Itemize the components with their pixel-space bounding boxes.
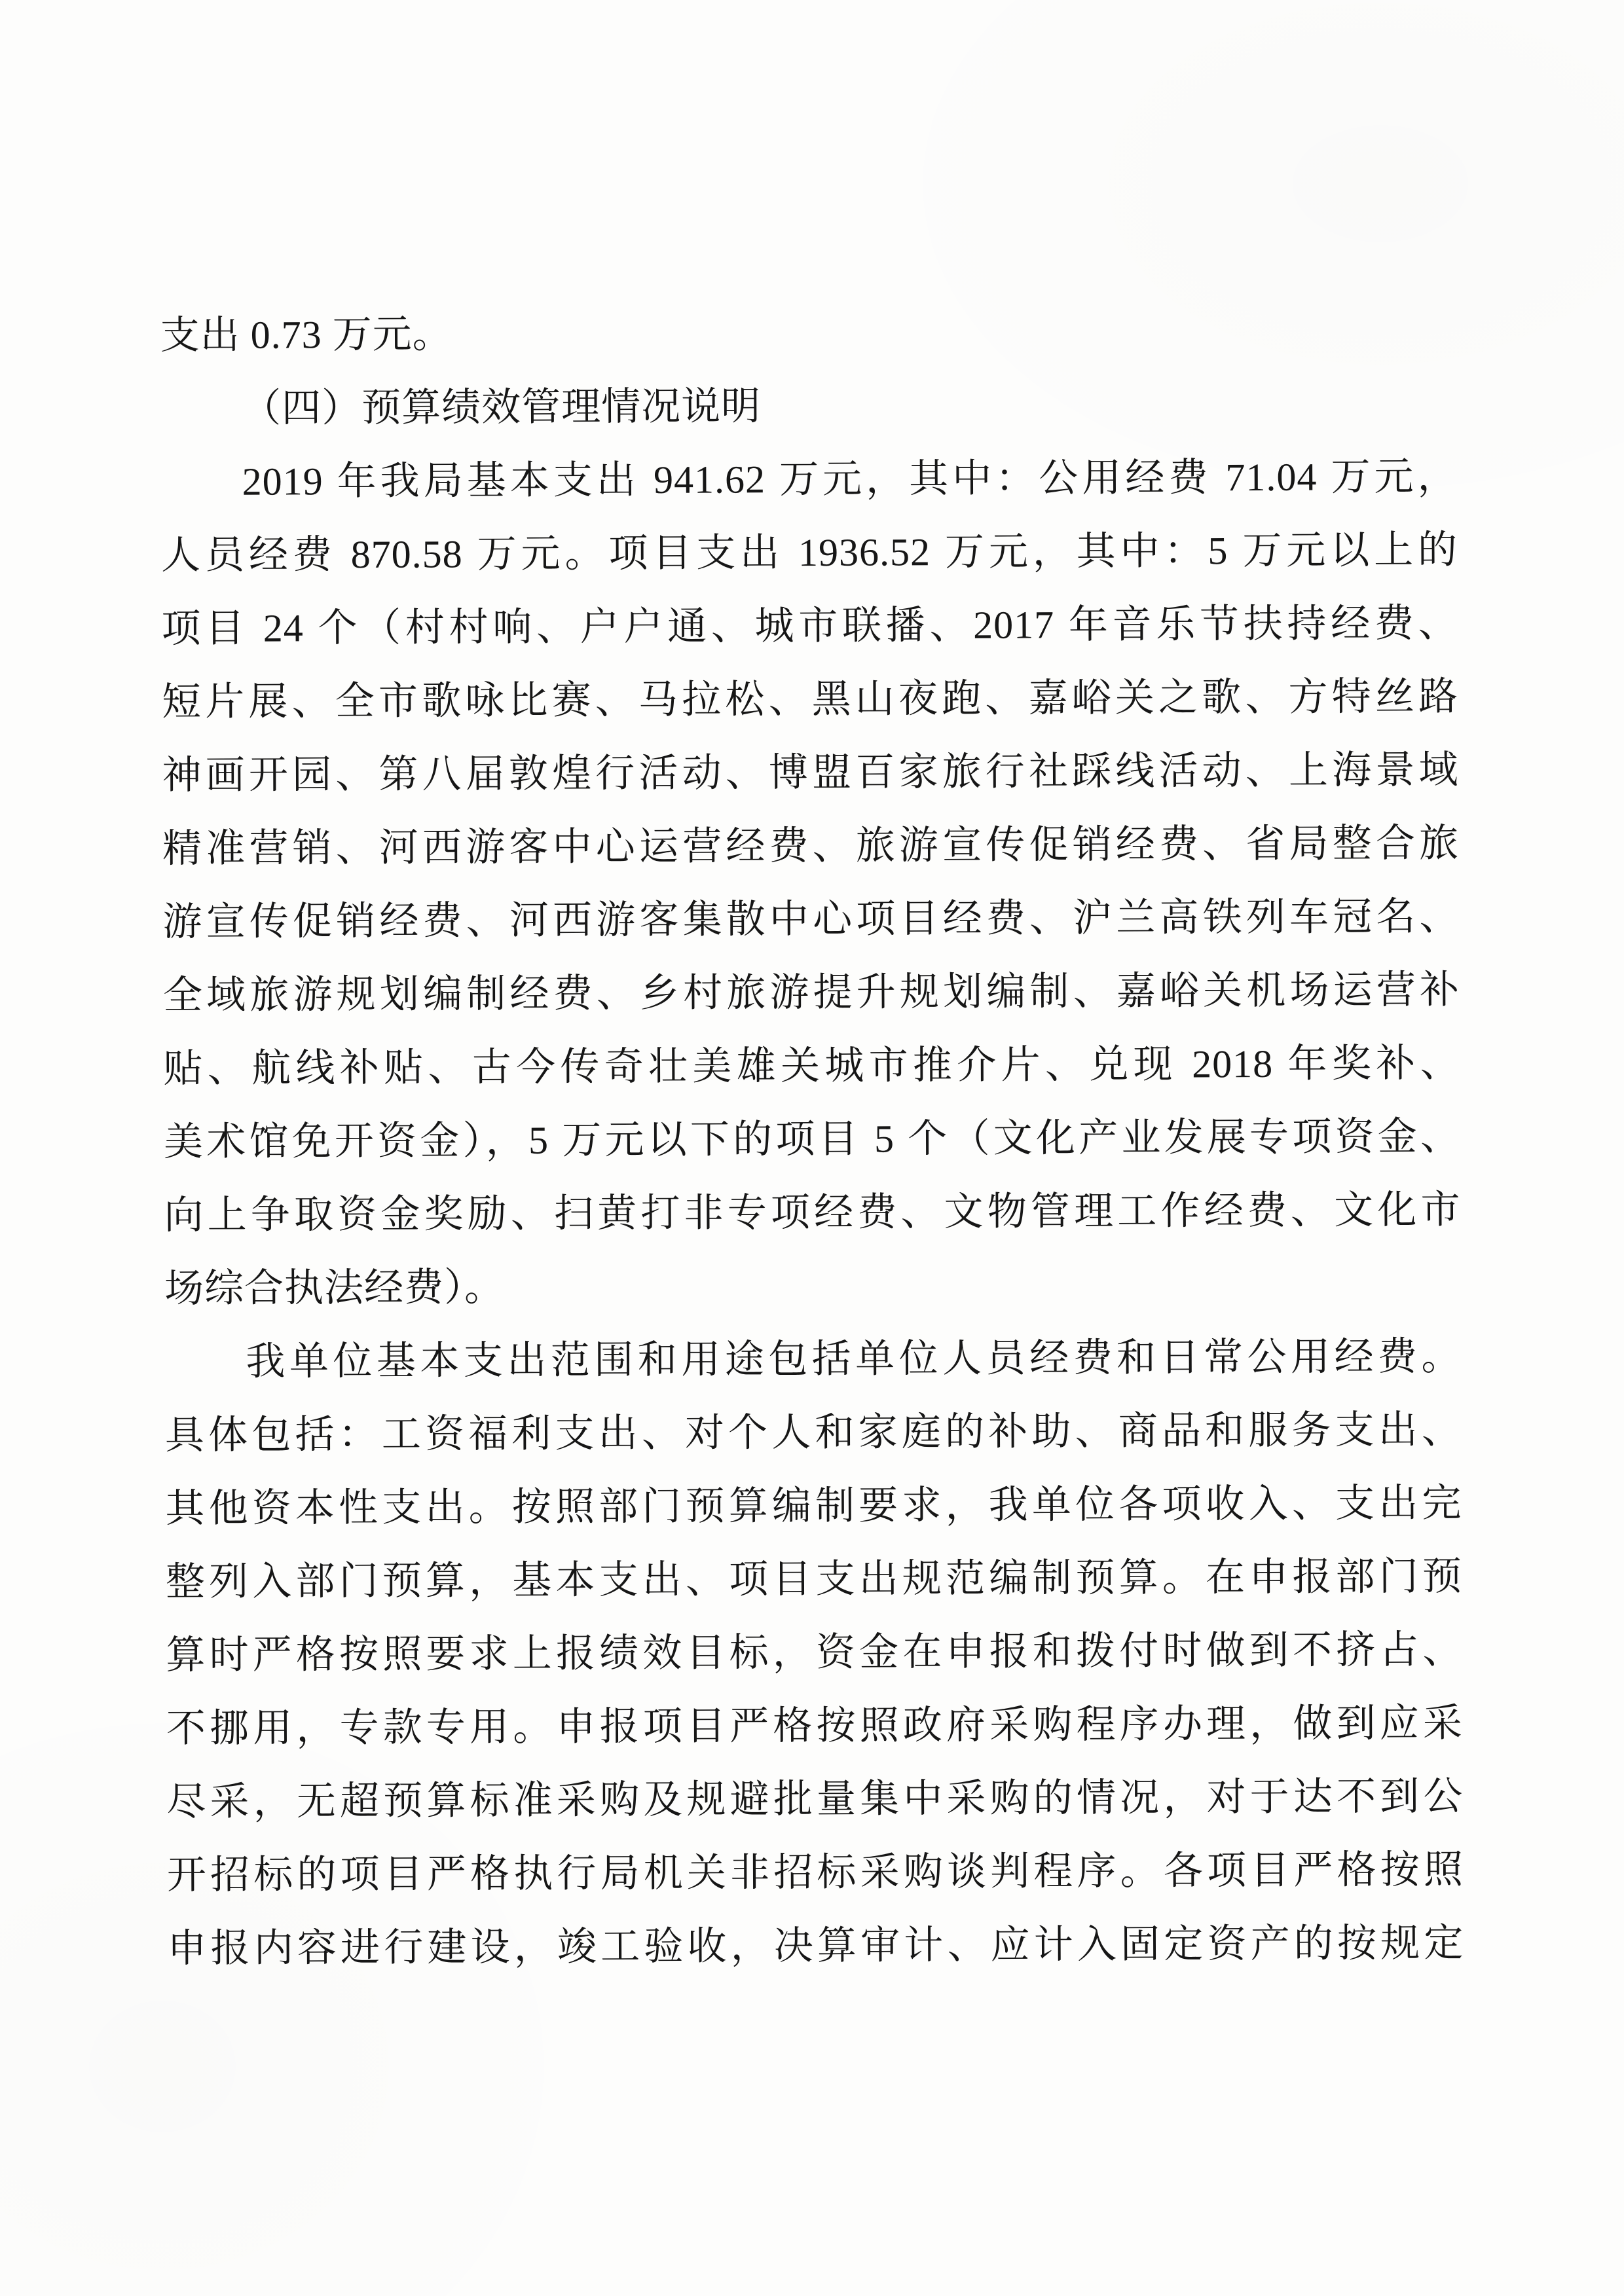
text-line: 游宣传促销经费、河西游客集散中心项目经费、沪兰高铁列车冠名、 [162, 880, 1459, 959]
text-line: 开招标的项目严格执行局机关非招标采购谈判程序。各项目严格按照 [167, 1833, 1464, 1912]
text-line: 不挪用，专款专用。申报项目严格按照政府采购程序办理，做到应采 [166, 1686, 1463, 1766]
text-line: 申报内容进行建设，竣工验收，决算审计、应计入固定资产的按规定 [167, 1906, 1464, 1986]
text-line: 2019 年我局基本支出 941.62 万元，其中：公用经费 71.04 万元， [160, 440, 1457, 519]
text-line: 整列入部门预算，基本支出、项目支出规范编制预算。在申报部门预 [166, 1540, 1462, 1619]
text-line: 神画开园、第八届敦煌行活动、博盟百家旅行社踩线活动、上海景域 [162, 733, 1458, 812]
text-line: 向上争取资金奖励、扫黄打非专项经费、文物管理工作经费、文化市 [164, 1173, 1460, 1252]
text-line: 项目 24 个（村村响、户户通、城市联播、2017 年音乐节扶持经费、 [161, 587, 1458, 666]
text-line: 其他资本性支出。按照部门预算编制要求，我单位各项收入、支出完 [165, 1467, 1462, 1546]
text-line: 贴、航线补贴、古今传奇壮美雄关城市推介片、兑现 2018 年奖补、 [163, 1027, 1460, 1106]
text-line: 人员经费 870.58 万元。项目支出 1936.52 万元，其中：5 万元以上… [161, 513, 1458, 592]
text-line: 精准营销、河西游客中心运营经费、旅游宣传促销经费、省局整合旅 [162, 807, 1459, 886]
text-line: 全域旅游规划编制经费、乡村旅游提升规划编制、嘉峪关机场运营补 [163, 953, 1460, 1032]
text-line: 支出 0.73 万元。 [160, 293, 1456, 373]
text-line: 短片展、全市歌咏比赛、马拉松、黑山夜跑、嘉峪关之歌、方特丝路 [162, 660, 1458, 739]
text-line: 具体包括：工资福利支出、对个人和家庭的补助、商品和服务支出、 [165, 1393, 1462, 1472]
document-page: 支出 0.73 万元。（四）预算绩效管理情况说明2019 年我局基本支出 941… [0, 0, 1624, 2296]
document-body: 支出 0.73 万元。（四）预算绩效管理情况说明2019 年我局基本支出 941… [160, 293, 1464, 1986]
text-line: 尽采，无超预算标准采购及规避批量集中采购的情况，对于达不到公 [166, 1760, 1463, 1839]
text-line: 美术馆免开资金），5 万元以下的项目 5 个（文化产业发展专项资金、 [164, 1100, 1460, 1179]
text-line: 场综合执法经费）。 [164, 1247, 1461, 1326]
text-line: 算时严格按照要求上报绩效目标，资金在申报和拨付时做到不挤占、 [166, 1613, 1462, 1692]
text-line: 我单位基本支出范围和用途包括单位人员经费和日常公用经费。 [164, 1320, 1461, 1399]
text-line: （四）预算绩效管理情况说明 [160, 367, 1457, 446]
